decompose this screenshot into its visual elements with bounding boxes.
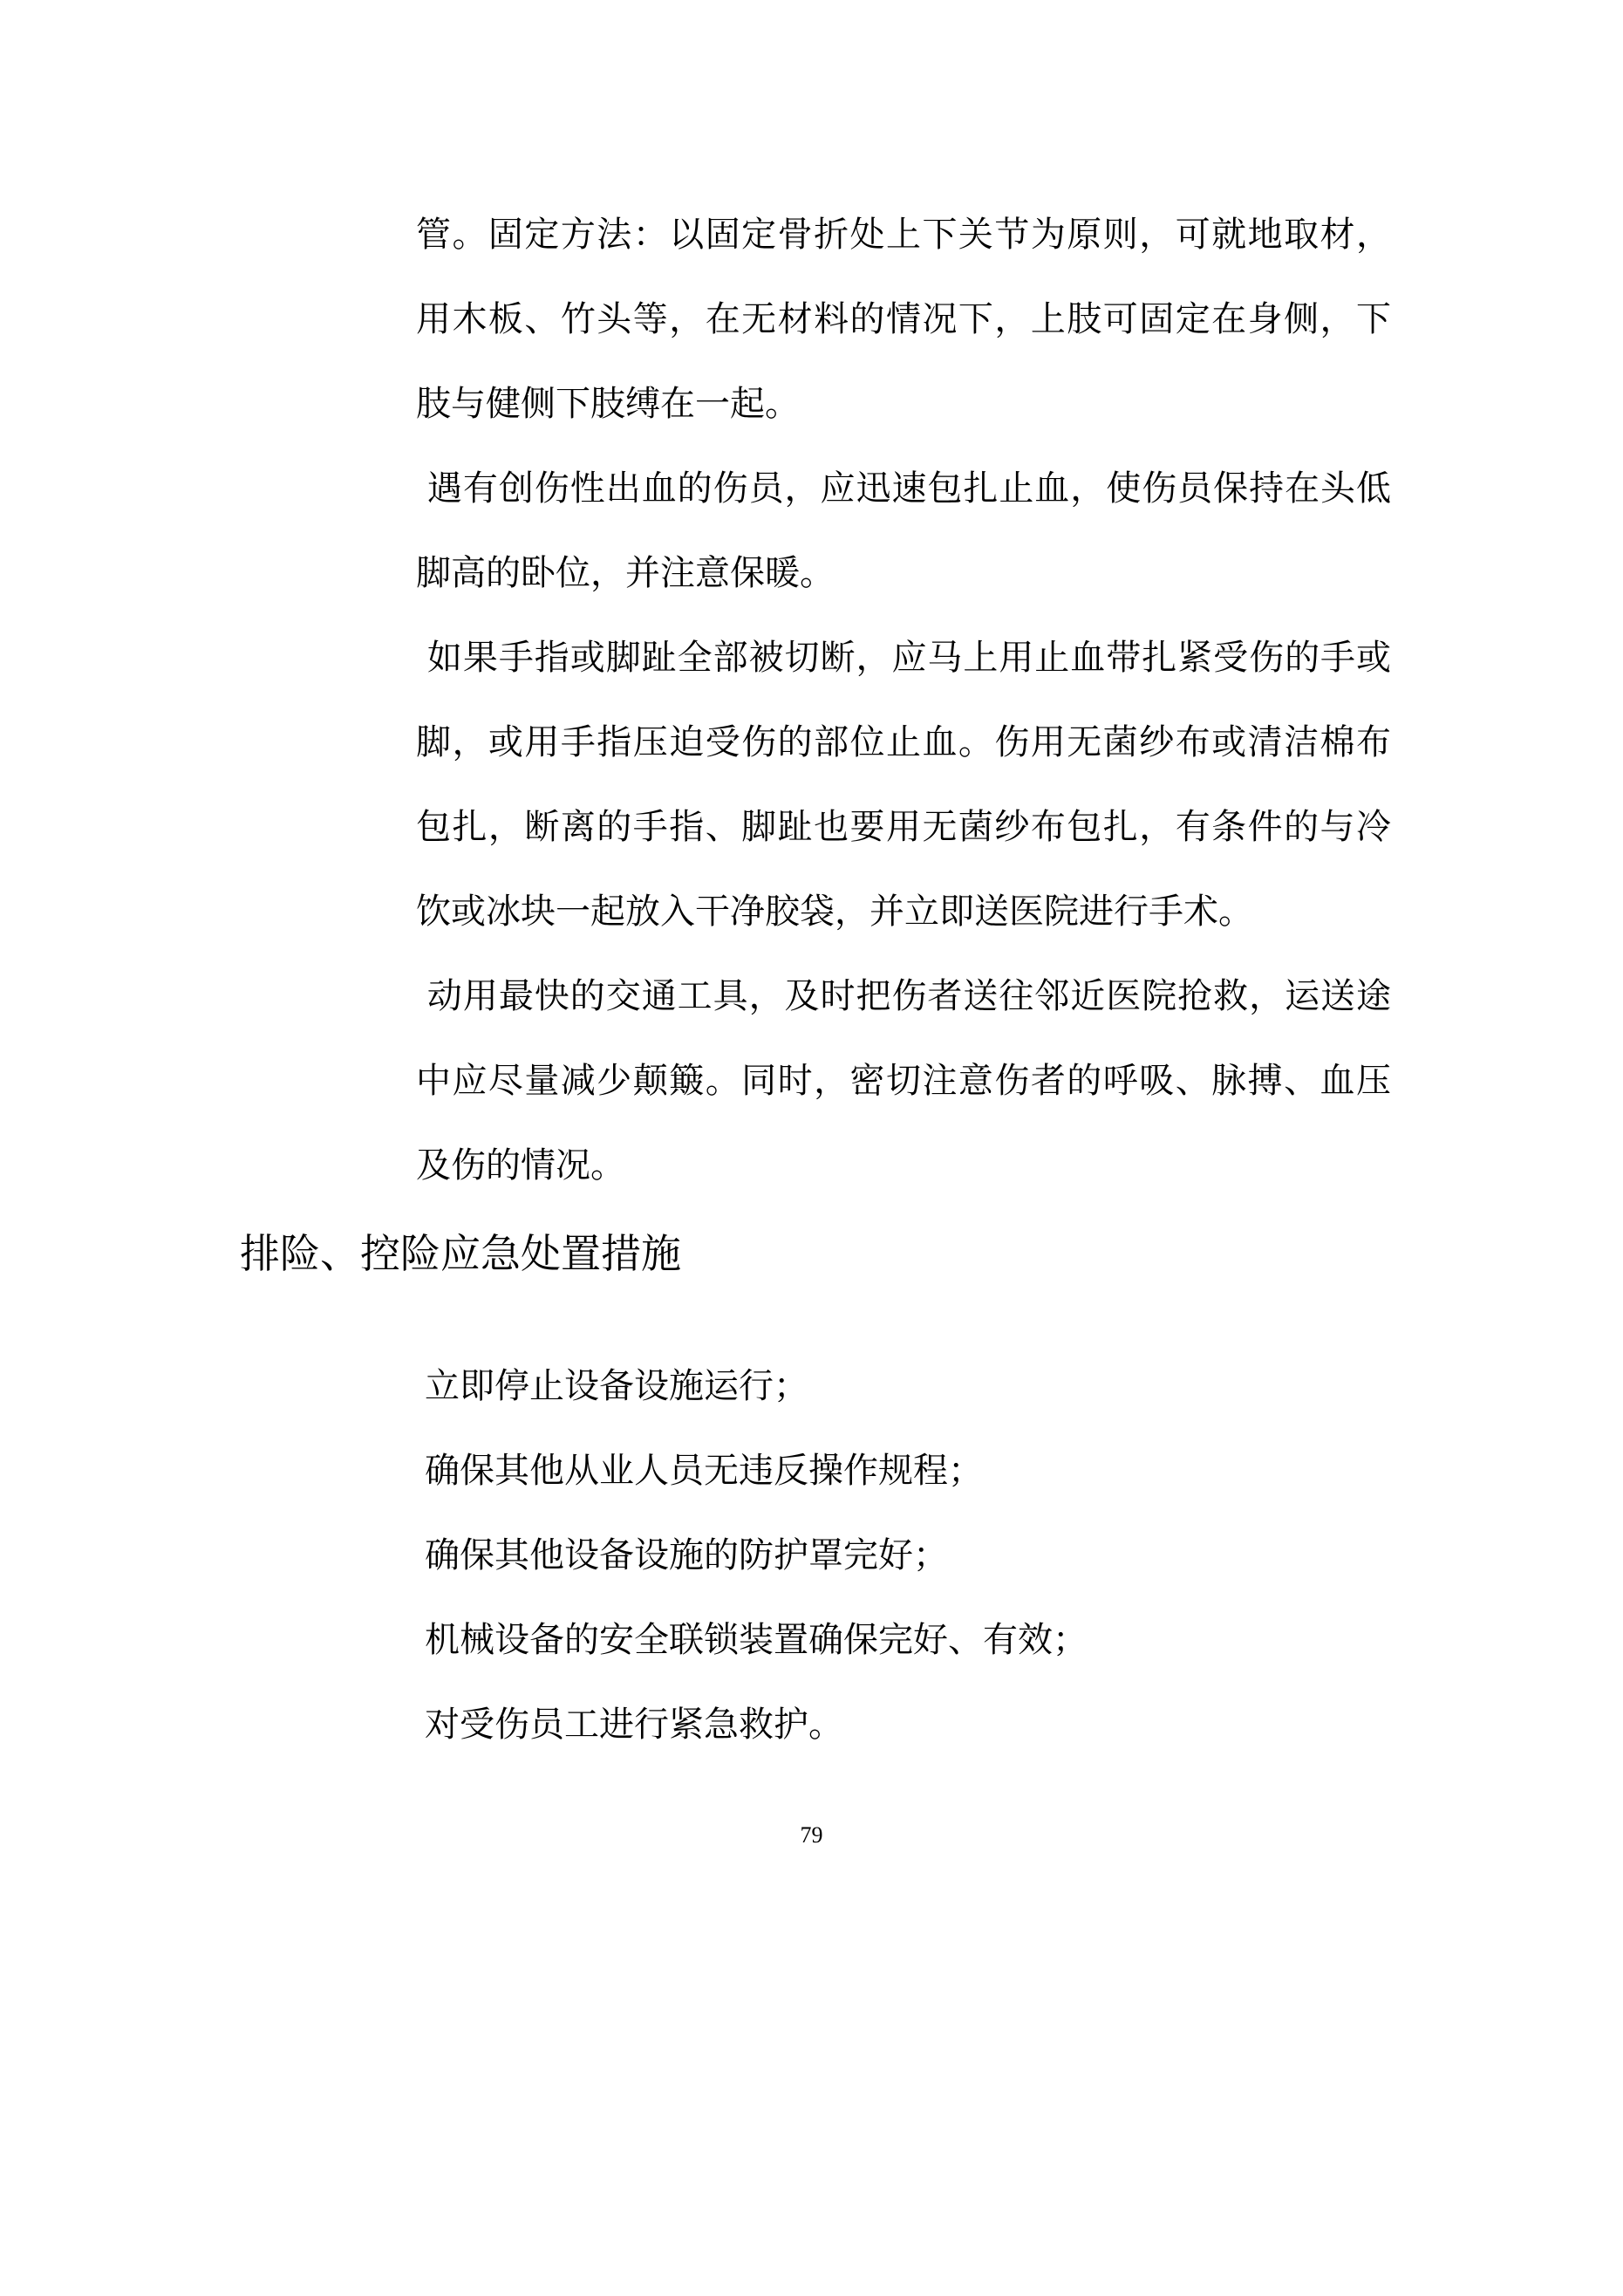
body-line: 中应尽量减少颠簸。同时，密切注意伤者的呼吸、脉搏、血压 xyxy=(416,1038,1391,1123)
body-line-item-8: （8）动用最快的交通工具，及时把伤者送往邻近医院抢救，运送途 xyxy=(416,953,1391,1038)
list-item-4: （4）机械设备的安全联锁装置确保完好、有效； xyxy=(416,1597,1391,1682)
body-line-item-6: （6）遇有创伤性出血的伤员，应迅速包扎止血，使伤员保持在头低 xyxy=(416,446,1391,530)
document-page: 管。固定方法：以固定骨折处上下关节为原则，可就地取材， 用木板、竹头等，在无材料… xyxy=(0,0,1623,2296)
body-line: 用木板、竹头等，在无材料的情况下，上肢可固定在身侧，下 xyxy=(416,277,1391,361)
section-heading: 排险、控险应急处置措施 xyxy=(240,1228,681,1281)
body-line: 饮或冰块一起放入干净胶袋，并立即送医院进行手术。 xyxy=(416,869,1391,953)
list-item-3: （3）确保其他设备设施的防护罩完好； xyxy=(416,1513,1391,1597)
body-line: 脚高的卧位，并注意保暖。 xyxy=(416,530,1391,615)
measures-list: （1）立即停止设备设施运行； （2）确保其他从业人员无违反操作规程； （3）确保… xyxy=(416,1343,1391,1766)
body-paragraphs: 管。固定方法：以固定骨折处上下关节为原则，可就地取材， 用木板、竹头等，在无材料… xyxy=(416,192,1391,1207)
body-line: 及伤的情况。 xyxy=(416,1123,1391,1207)
list-item-1: （1）立即停止设备设施运行； xyxy=(416,1343,1391,1428)
body-line: 肢与健侧下肢缚在一起。 xyxy=(416,361,1391,446)
body-line: 管。固定方法：以固定骨折处上下关节为原则，可就地取材， xyxy=(416,192,1391,277)
body-line: 包扎，断离的手指、脚趾也要用无菌纱布包扎，有条件的与冷 xyxy=(416,784,1391,869)
list-item-2: （2）确保其他从业人员无违反操作规程； xyxy=(416,1428,1391,1513)
page-number: 79 xyxy=(0,1821,1623,1849)
body-line-item-7: （7）如果手指或脚趾全部被切断，应马上用止血带扎紧受伤的手或 xyxy=(416,615,1391,700)
list-item-5: （5）对受伤员工进行紧急救护。 xyxy=(416,1682,1391,1766)
body-line: 脚，或用手指压迫受伤的部位止血。伤用无菌纱布或清洁棉布 xyxy=(416,700,1391,784)
